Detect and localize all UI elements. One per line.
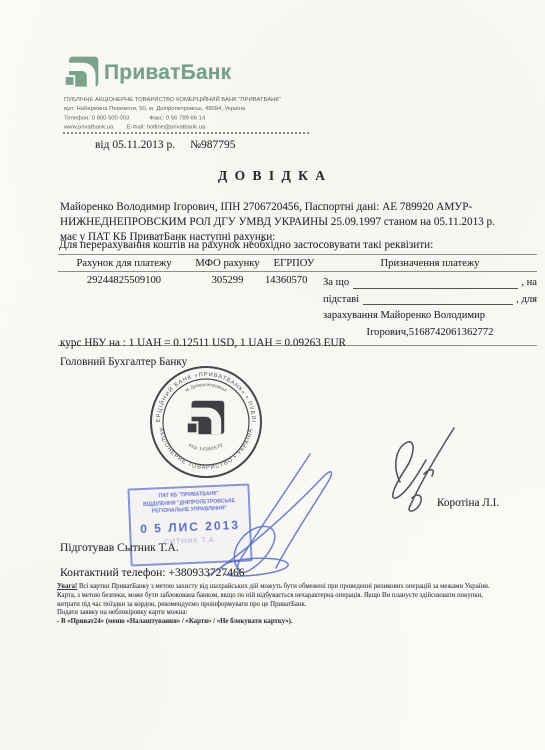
header-divider xyxy=(63,132,309,134)
bank-address: вул. Набережна Перемоги, 50, м. Дніпропе… xyxy=(64,104,316,113)
cell-payment-purpose: За що , на підставі , для зарахування Ма… xyxy=(323,275,537,341)
table-row: 29244825509100 305299 14360570 За що , н… xyxy=(58,272,537,346)
footnote-request-line: Подати заявку на неблокіровку карти можн… xyxy=(57,609,501,618)
bank-fax: Факс: 0 56 789 66 14 xyxy=(149,115,205,121)
purpose-line-3: зарахування Майоренко Володимир xyxy=(323,308,537,325)
accountant-name: Коротіна Л.І. xyxy=(437,497,499,509)
purpose-za-shcho: За що xyxy=(323,275,349,292)
requisites-line: Для перерахування коштів на рахунок необ… xyxy=(59,239,433,251)
bank-email: E-mail: hotline@privatbank.ua xyxy=(127,124,206,130)
blank-line xyxy=(363,292,513,305)
scanned-bank-certificate: ПриватБанк ПУБЛІЧНЕ АКЦІОНЕРНЕ ТОВАРИСТВ… xyxy=(0,0,545,750)
purpose-line-4: Ігорович,5168742061362772 xyxy=(323,325,537,342)
purpose-line-2: підставі , для xyxy=(323,292,537,309)
contact-phone-line: Контактний телефон: +380933727466 xyxy=(60,566,245,579)
accountant-signature xyxy=(366,416,476,526)
seal-logo-icon xyxy=(187,401,224,435)
col-header-egrpou: ЕГРПОУ xyxy=(265,255,323,271)
bank-logo-text: ПриватБанк xyxy=(104,61,231,85)
purpose-na: , на xyxy=(521,275,537,292)
cell-mfo: 305299 xyxy=(190,275,265,341)
purpose-dlya: , для xyxy=(516,292,537,309)
requisites-table: Рахунок для платежу МФО рахунку ЕГРПОУ П… xyxy=(58,254,537,346)
purpose-line-1: За що , на xyxy=(323,275,537,292)
reference-date: від 05.11.2013 р. xyxy=(95,139,175,151)
intro-paragraph: Майоренко Володимир Ігорович, ІПН 270672… xyxy=(60,200,498,244)
seal-inner-top-text: м. Дніпропетровськ xyxy=(184,382,228,393)
col-header-account: Рахунок для платежу xyxy=(58,255,190,271)
blank-line xyxy=(353,276,518,289)
bank-contact-block: ПУБЛІЧНЕ АКЦІОНЕРНЕ ТОВАРИСТВО КОМЕРЦІЙН… xyxy=(64,95,316,132)
bank-web-email: www.privatbank.ua E-mail: hotline@privat… xyxy=(64,123,316,132)
bank-full-name: ПУБЛІЧНЕ АКЦІОНЕРНЕ ТОВАРИСТВО КОМЕРЦІЙН… xyxy=(64,95,316,104)
privatbank-logo-icon xyxy=(64,56,100,90)
bank-website: www.privatbank.ua xyxy=(64,124,113,130)
reference-number: №987795 xyxy=(190,139,235,151)
prepared-by-line: Підготував Сытник Т.А. xyxy=(60,541,179,554)
bank-phone: Телефон: 0 800 500 003 xyxy=(64,115,129,121)
cell-account-number: 29244825509100 xyxy=(58,275,190,341)
col-header-purpose: Призначення платежу xyxy=(323,255,537,271)
table-header-row: Рахунок для платежу МФО рахунку ЕГРПОУ П… xyxy=(58,254,537,272)
reference-line: від 05.11.2013 р. №987795 xyxy=(95,139,236,151)
footnote-warning-label: Увага! xyxy=(57,583,77,590)
bank-phone-fax: Телефон: 0 800 500 003 Факс: 0 56 789 66… xyxy=(64,113,316,122)
footnote-warning-text: Всі картки ПриватБанку з метою захисту в… xyxy=(57,583,490,608)
footnote-privat24-line: - В «Приват24» (меню «Налаштування» / «К… xyxy=(57,618,501,627)
nbu-rate-line: курс НБУ на : 1 UAH = 0.12511 USD, 1 UAH… xyxy=(60,337,346,349)
cell-egrpou: 14360570 xyxy=(265,275,323,341)
col-header-mfo: МФО рахунку xyxy=(190,255,265,271)
document-title: Д О В І Д К А xyxy=(0,168,545,184)
purpose-pidstavi: підставі xyxy=(323,292,359,309)
svg-text:м. Дніпропетровськ: м. Дніпропетровськ xyxy=(184,382,228,393)
footnote-warning: Увага! Всі картки ПриватБанку з метою за… xyxy=(57,583,501,609)
footnote-block: Увага! Всі картки ПриватБанку з метою за… xyxy=(57,583,501,627)
bank-header: ПриватБанк xyxy=(64,56,231,90)
